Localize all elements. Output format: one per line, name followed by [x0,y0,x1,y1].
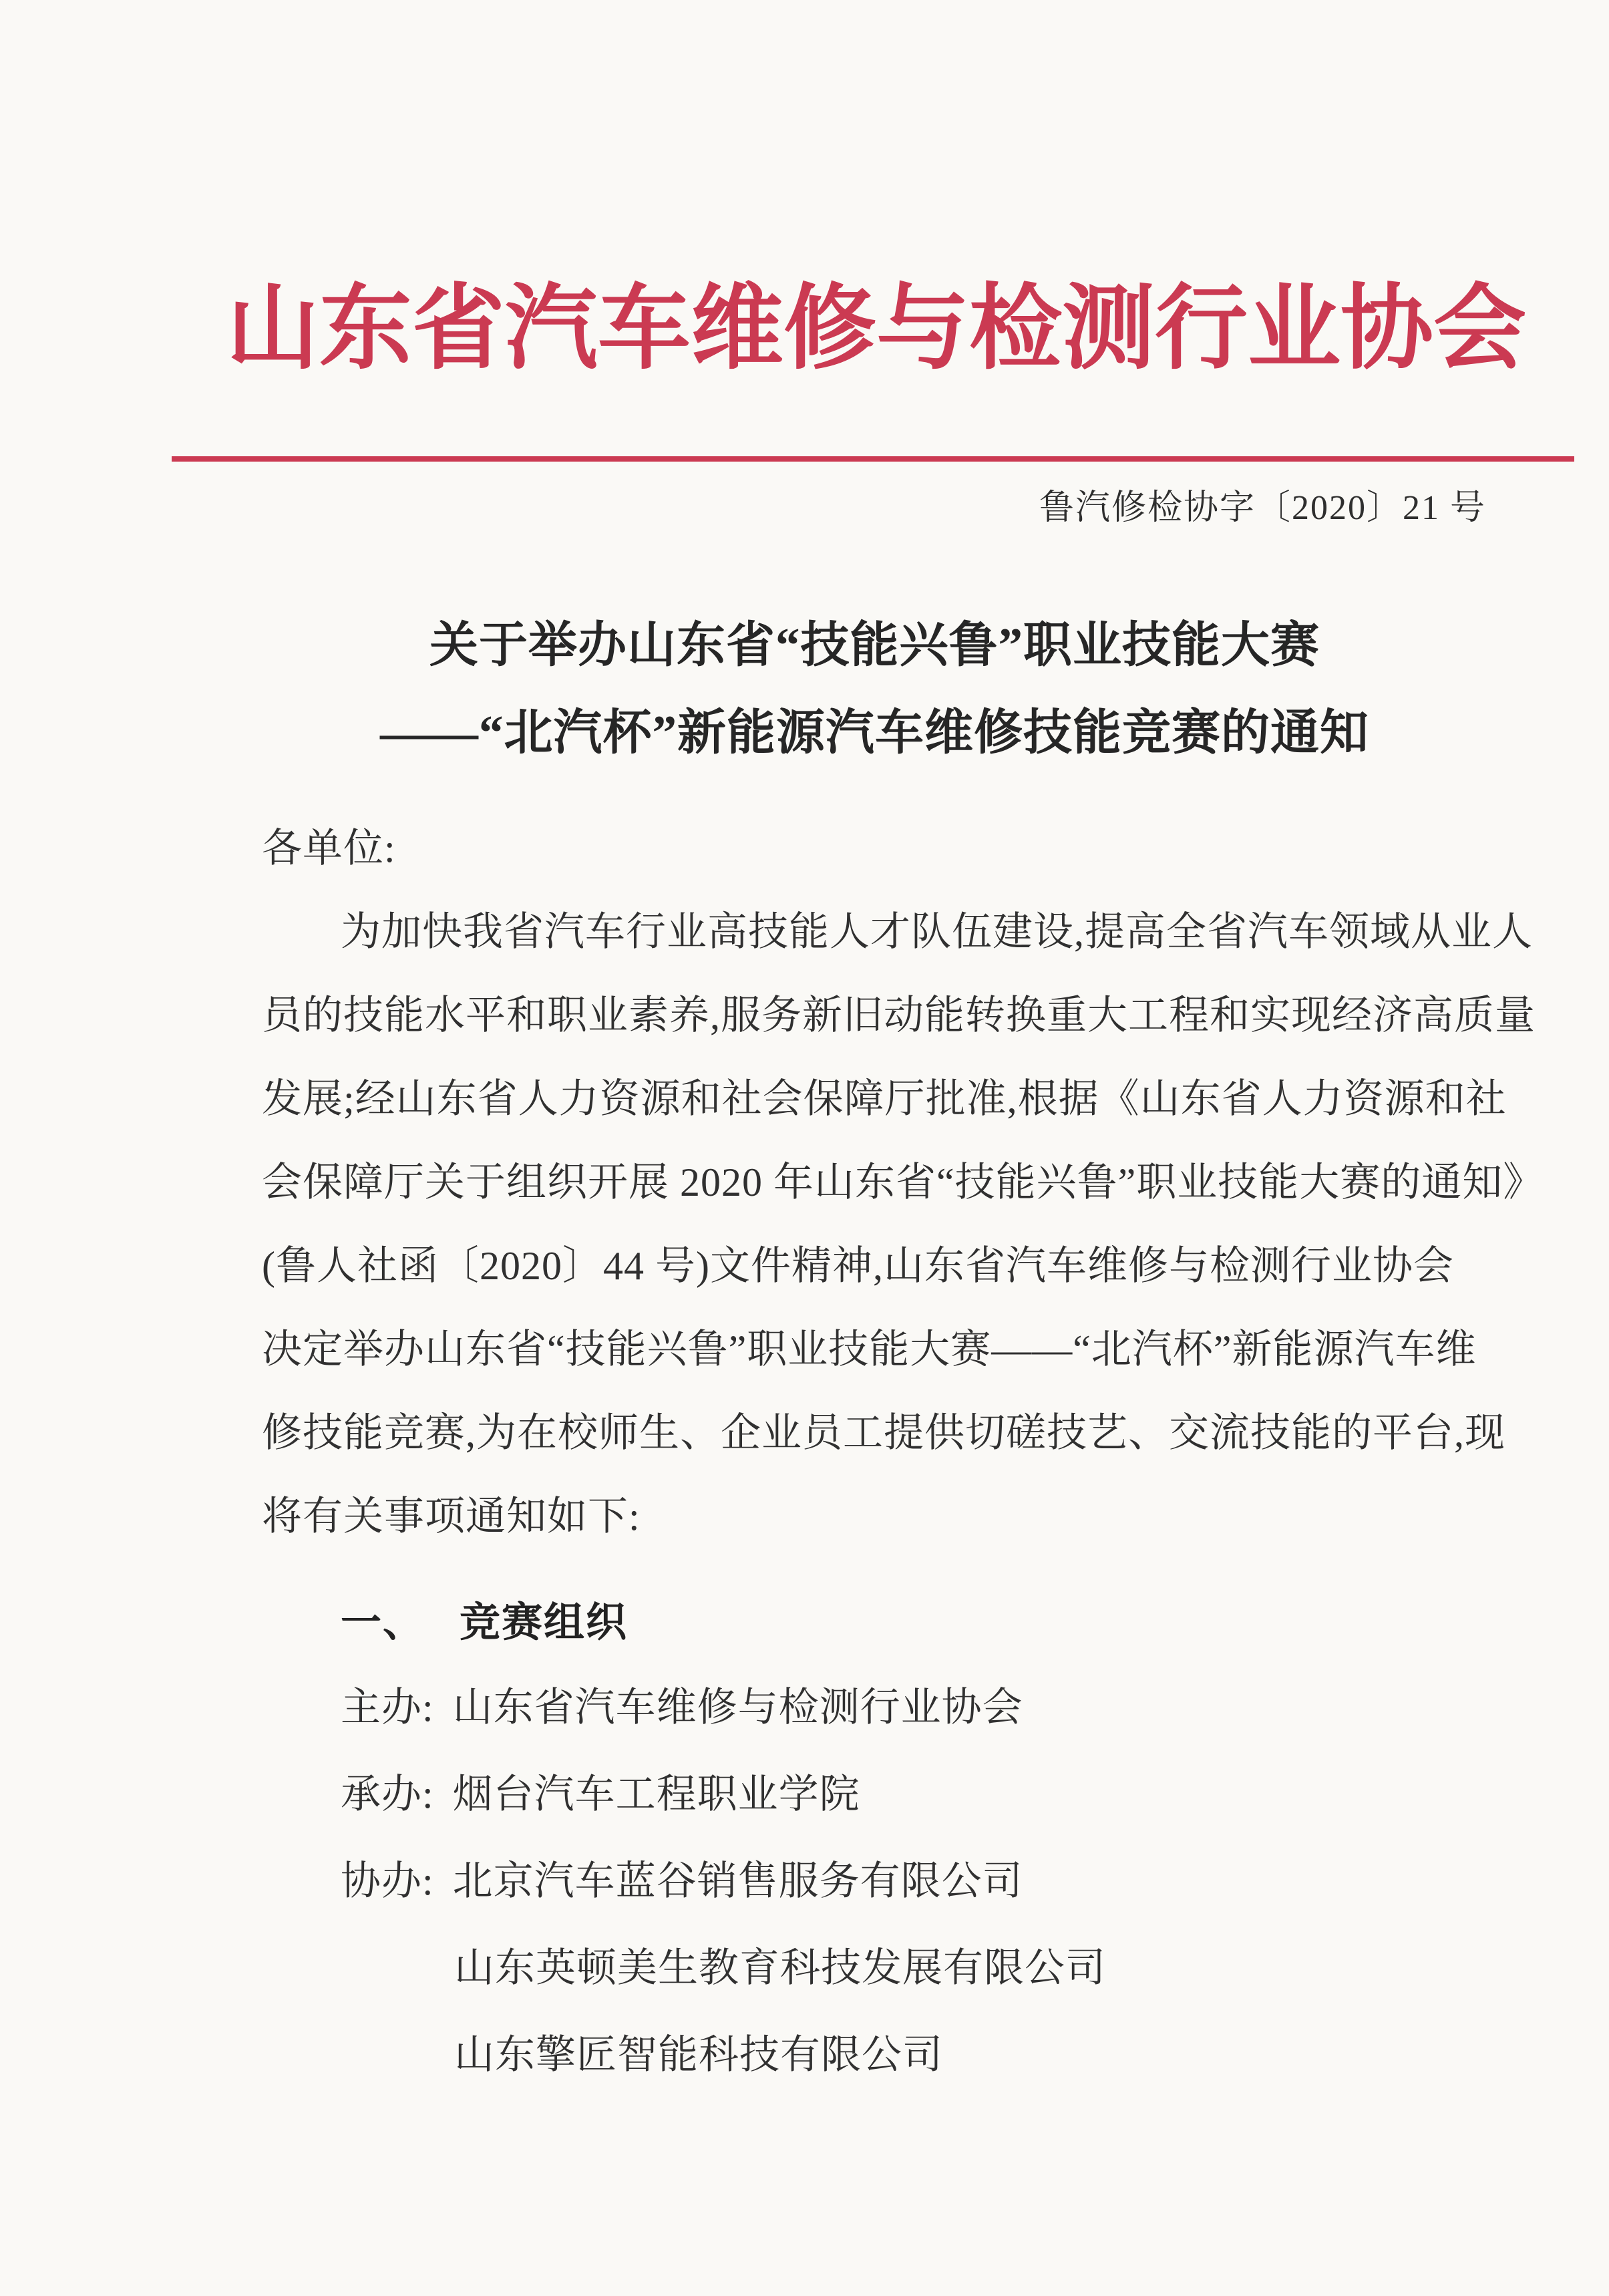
organizer-label: 协办: [341,1859,434,1903]
organizer-label: 承办: [341,1772,434,1816]
document-number: 鲁汽修检协字〔2020〕21 号 [1039,488,1486,528]
organizer-value: 山东省汽车维修与检测行业协会 [453,1685,1023,1730]
organizer-value: 山东英顿美生教育科技发展有限公司 [454,1946,1106,1990]
paragraph-line: 员的技能水平和职业素养,服务新旧动能转换重大工程和实现经济高质量 [262,974,1529,1057]
organizer-label: 主办: [341,1685,434,1730]
letterhead-org-title: 山东省汽车维修与检测行业协会 [144,253,1609,406]
paragraph-line: 决定举办山东省“技能兴鲁”职业技能大赛——“北汽杯”新能源汽车维 [262,1308,1529,1391]
paragraph-line: 发展;经山东省人力资源和社会保障厅批准,根据《山东省人力资源和社 [262,1057,1529,1141]
paragraph-line: 修技能竞赛,为在校师生、企业员工提供切磋技艺、交流技能的平台,现 [262,1391,1529,1475]
organizer-value: 北京汽车蓝谷销售服务有限公司 [453,1859,1023,1903]
paragraph-line: 为加快我省汽车行业高技能人才队伍建设,提高全省汽车领域从业人 [262,890,1529,974]
organizer-row: 山东英顿美生教育科技发展有限公司 [262,1925,1529,2011]
document-title: 关于举办山东省“技能兴鲁”职业技能大赛 ——“北汽杯”新能源汽车维修技能竞赛的通… [140,601,1609,776]
document-title-line1: 关于举办山东省“技能兴鲁”职业技能大赛 [140,601,1609,689]
organizer-value: 烟台汽车工程职业学院 [453,1772,860,1816]
paragraph-line: 会保障厅关于组织开展 2020 年山东省“技能兴鲁”职业技能大赛的通知》 [262,1141,1529,1224]
organizer-list: 主办:山东省汽车维修与检测行业协会承办:烟台汽车工程职业学院协办:北京汽车蓝谷销… [262,1664,1529,2098]
letterhead-divider-line [172,456,1574,462]
document-page: 山东省汽车维修与检测行业协会 鲁汽修检协字〔2020〕21 号 关于举办山东省“… [0,0,1609,2296]
paragraph-line: 将有关事项通知如下: [262,1475,1529,1559]
section-title: 竞赛组织 [460,1599,628,1645]
organizer-row: 协办:北京汽车蓝谷销售服务有限公司 [262,1838,1529,1925]
body-paragraph: 为加快我省汽车行业高技能人才队伍建设,提高全省汽车领域从业人员的技能水平和职业素… [262,890,1529,1559]
document-title-line2: ——“北汽杯”新能源汽车维修技能竞赛的通知 [140,689,1609,776]
section-number: 一、 [341,1599,425,1645]
salutation: 各单位: [262,807,1529,890]
organizer-row: 承办:烟台汽车工程职业学院 [262,1751,1529,1838]
section-heading: 一、竞赛组织 [262,1581,1529,1664]
paragraph-line: (鲁人社函〔2020〕44 号)文件精神,山东省汽车维修与检测行业协会 [262,1224,1529,1308]
document-body: 各单位: 为加快我省汽车行业高技能人才队伍建设,提高全省汽车领域从业人员的技能水… [262,807,1529,2098]
organizer-value: 山东擎匠智能科技有限公司 [454,2033,943,2077]
organizer-row: 主办:山东省汽车维修与检测行业协会 [262,1664,1529,1751]
organizer-row: 山东擎匠智能科技有限公司 [262,2011,1529,2098]
